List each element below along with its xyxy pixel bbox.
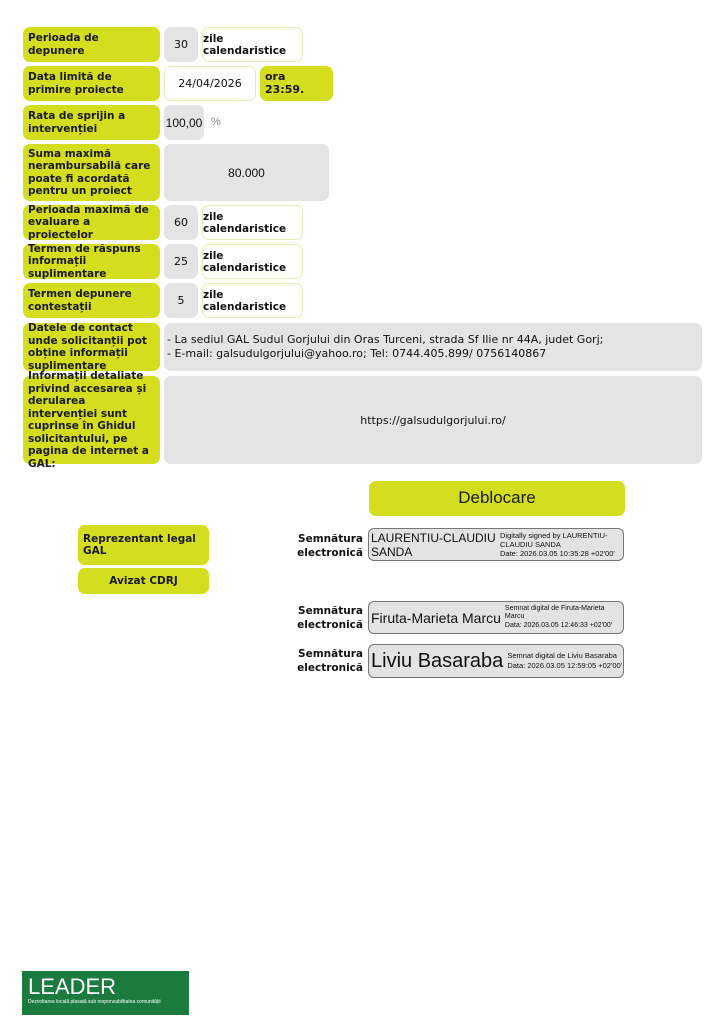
detail-line: Semnat digital de Firuta-Marieta: [505, 605, 612, 614]
signature-3-box[interactable]: Liviu Basaraba Semnat digital de Liviu B…: [368, 644, 624, 678]
signature-2-label: Semnătura electronică: [295, 604, 363, 632]
unit-perioada-evaluare: zile calendaristice: [202, 205, 303, 240]
contact-email-phone[interactable]: - E-mail: galsudulgorjului@yahoo.ro; Tel…: [167, 347, 546, 361]
deblocare-label[interactable]: Deblocare: [458, 492, 536, 505]
label-line: electronică: [295, 546, 363, 560]
label-line: electronică: [295, 618, 363, 632]
value-termen-raspuns: 25: [164, 244, 198, 279]
label-termen-raspuns: Termen de răspuns informații suplimentar…: [23, 244, 160, 279]
reprezentant-legal-label: Reprezentant legal GAL: [78, 525, 209, 565]
signature-1-detail: Digitally signed by LAURENTIU- CLAUDIU S…: [496, 531, 615, 558]
signature-1-box[interactable]: LAURENTIU-CLAUDIU SANDA Digitally signed…: [368, 528, 624, 561]
label-text: Termen depunere contestații: [28, 288, 155, 313]
label-data-limita: Data limită de primire proiecte: [23, 66, 160, 101]
value-rata-sprijin: 100,00: [164, 105, 204, 140]
signature-1-name: LAURENTIU-CLAUDIU SANDA: [369, 531, 496, 559]
detail-line: CLAUDIU SANDA: [500, 540, 615, 549]
label-text: Data limită de primire proiecte: [28, 71, 155, 96]
unit-termen-raspuns: zile calendaristice: [202, 244, 303, 279]
label-contact: Datele de contact unde solicitanții pot …: [23, 323, 160, 371]
label-text: Avizat CDRJ: [109, 575, 177, 588]
time-data-limita: ora 23:59.: [260, 66, 333, 101]
value-contact: - La sediul GAL Sudul Gorjului din Oras …: [164, 323, 702, 371]
unit-perioada-depunere: zile calendaristice: [202, 27, 303, 62]
detail-line: Marcu: [505, 613, 612, 622]
label-perioada-depunere: Perioada de depunere: [23, 27, 160, 62]
label-text: Datele de contact unde solicitanții pot …: [28, 322, 155, 372]
signature-1-label: Semnătura electronică: [295, 532, 363, 560]
value-data-limita: 24/04/2026: [164, 66, 256, 101]
label-rata-sprijin: Rata de sprijin a intervenției: [23, 105, 160, 140]
label-line: Semnătura: [295, 647, 363, 661]
detail-line: Date: 2026.03.05 10:35:28 +02'00': [500, 549, 615, 558]
label-termen-contestatii: Termen depunere contestații: [23, 283, 160, 318]
value-suma-maxima: 80.000: [164, 144, 329, 201]
signature-2-detail: Semnat digital de Firuta-Marieta Marcu D…: [501, 605, 612, 631]
unit-rata-sprijin: %: [211, 116, 221, 128]
label-text: Perioada maximă de evaluare a proiectelo…: [28, 204, 155, 242]
leader-logo: LEADER Dezvoltarea locală plasată sub re…: [22, 971, 189, 1015]
label-perioada-evaluare: Perioada maximă de evaluare a proiectelo…: [23, 205, 160, 240]
signature-3-label: Semnătura electronică: [295, 647, 363, 675]
avizat-cdrj-label: Avizat CDRJ: [78, 568, 209, 594]
detail-line: Data: 2026.03.05 12:59:05 +02'00': [507, 661, 622, 671]
time-text: ora 23:59.: [265, 71, 328, 96]
deblocare-button[interactable]: Deblocare: [369, 481, 625, 516]
label-informatii: Informații detaliate privind accesarea ș…: [23, 376, 160, 464]
website-link[interactable]: https://galsudulgorjului.ro/: [360, 414, 505, 427]
label-suma-maxima: Suma maximă nerambursabilă care poate fi…: [23, 144, 160, 201]
detail-line: Semnat digital de Liviu Basaraba: [507, 651, 622, 661]
signature-3-name: Liviu Basaraba: [369, 650, 503, 673]
label-text: Reprezentant legal GAL: [83, 533, 204, 558]
signature-2-name: Firuta-Marieta Marcu: [369, 610, 501, 626]
detail-line: Data: 2026.03.05 12:46:33 +02'00': [505, 622, 612, 631]
leader-logo-title: LEADER: [28, 975, 183, 999]
label-text: Perioada de depunere: [28, 32, 155, 57]
label-line: Semnătura: [295, 532, 363, 546]
unit-termen-contestatii: zile calendaristice: [202, 283, 303, 318]
label-text: Rata de sprijin a intervenției: [28, 110, 155, 135]
signature-3-detail: Semnat digital de Liviu Basaraba Data: 2…: [503, 651, 622, 671]
value-perioada-depunere: 30: [164, 27, 198, 62]
value-termen-contestatii: 5: [164, 283, 198, 318]
label-text: Termen de răspuns informații suplimentar…: [28, 243, 155, 281]
label-line: electronică: [295, 661, 363, 675]
value-perioada-evaluare: 60: [164, 205, 198, 240]
detail-line: Digitally signed by LAURENTIU-: [500, 531, 615, 540]
label-text: Informații detaliate privind accesarea ș…: [28, 370, 155, 470]
label-line: Semnătura: [295, 604, 363, 618]
leader-logo-subtitle: Dezvoltarea locală plasată sub responsab…: [28, 999, 183, 1006]
value-informatii: https://galsudulgorjului.ro/: [164, 376, 702, 464]
label-text: Suma maximă nerambursabilă care poate fi…: [28, 148, 155, 198]
contact-address: - La sediul GAL Sudul Gorjului din Oras …: [167, 333, 603, 347]
signature-2-box[interactable]: Firuta-Marieta Marcu Semnat digital de F…: [368, 601, 624, 634]
